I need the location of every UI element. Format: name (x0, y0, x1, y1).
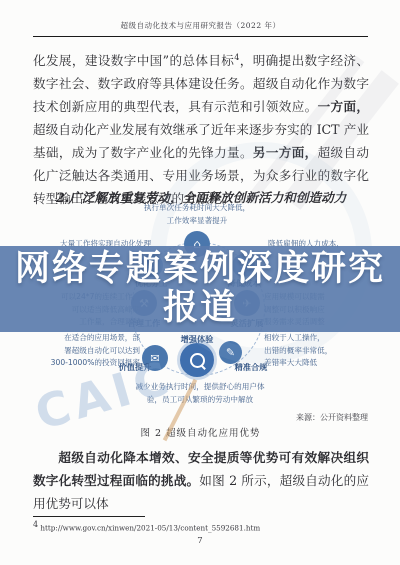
overlay-banner: 网络专题案例深度研究 报道 (0, 246, 400, 332)
banner-title-line2: 报道 (163, 289, 237, 328)
footnote-divider (33, 516, 145, 517)
header-divider (33, 36, 368, 37)
figure-source: 来源：公开资料整理 (296, 412, 368, 423)
para1-bold: 另一方面， (253, 145, 318, 160)
paragraph-2: 超级自动化降本增效、安全提质等优势可有效解决组织数字化转型过程面临的挑战。如图 … (33, 446, 369, 515)
page-number: 7 (0, 536, 400, 546)
banner-title-line1: 网络专题案例深度研究 (15, 250, 385, 289)
node-desc-bottom: 减少业务执行时间，提供舒心的用户体 验，员工可从繁琐的劳动中解放 (105, 381, 295, 406)
running-header: 超级自动化技术与应用研究报告（2022 年） (33, 20, 368, 31)
pencil-icon: ✎ (219, 341, 242, 364)
footnote: 4 http://www.gov.cn/xinwen/2021-05/13/co… (33, 520, 260, 532)
footnote-url: http://www.gov.cn/xinwen/2021-05/13/cont… (40, 523, 260, 532)
document-page: CAIC 超级自动化技术与应用研究报告（2022 年） 化发展，建设数字中国”的… (0, 0, 400, 565)
magnifier-icon (180, 343, 214, 377)
node-desc-top: 执行单次任务耗时间大大降低， 工作效率显著提升 (97, 202, 297, 227)
magnifier-glyph (190, 353, 205, 368)
node-desc-right-bottom: 相较于人工操作， 出错的概率非常低， 差错率大大降低 (264, 332, 362, 370)
figure-caption: 图 2 超级自动化应用优势 (33, 425, 368, 439)
para1-text: 化发展，建设数字中国”的总体目标 (33, 53, 234, 68)
label-better-experience: 增强体验 (174, 334, 220, 345)
para1-bold: 一方面， (318, 99, 369, 114)
paragraph-1: 化发展，建设数字中国”的总体目标4，明确提出数字经济、数字社会、数字政府等具体建… (33, 46, 369, 210)
node-desc-left-bottom: 在适合的应用场景，部 署超级自动化可以达到 300-1000%的投资回报率 (38, 332, 140, 370)
